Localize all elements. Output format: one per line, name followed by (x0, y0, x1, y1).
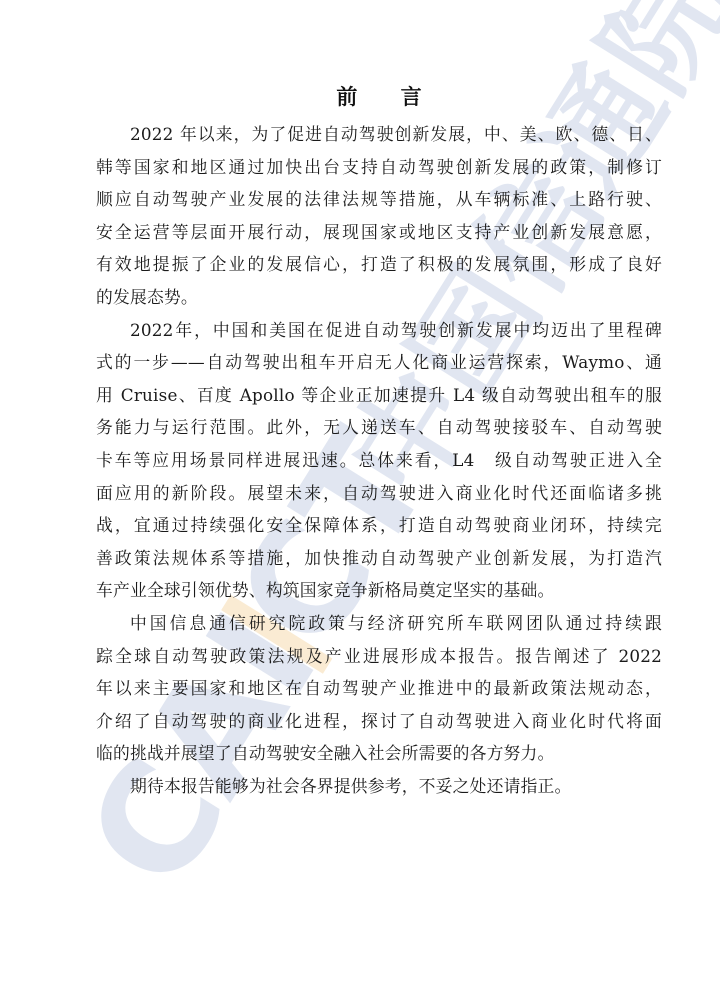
text-line: 期待本报告能够为社会各界提供参考，不妥之处还请指正。 (96, 770, 662, 803)
page-title: 前 言 (114, 80, 662, 114)
text-line: 面应用的新阶段。展望未来，自动驾驶进入商业化时代还面临诸多挑 (96, 477, 662, 510)
text-line: 中国信息通信研究院政策与经济研究所车联网团队通过持续跟 (96, 607, 662, 640)
document-page: CAICT 中国信通院 前 言 2022 年以来，为了促进自动驾驶创新发展，中、… (0, 0, 720, 991)
text-line: 临的挑战并展望了自动驾驶安全融入社会所需要的各方努力。 (96, 737, 662, 770)
text-line: 踪全球自动驾驶政策法规及产业进展形成本报告。报告阐述了 2022 (96, 640, 662, 673)
text-line: 顺应自动驾驶产业发展的法律法规等措施，从车辆标准、上路行驶、 (96, 183, 662, 216)
paragraph-3: 中国信息通信研究院政策与经济研究所车联网团队通过持续跟 踪全球自动驾驶政策法规及… (96, 607, 662, 770)
text-line: 的发展态势。 (96, 281, 662, 314)
paragraph-4: 期待本报告能够为社会各界提供参考，不妥之处还请指正。 (96, 770, 662, 803)
text-line: 务能力与运行范围。此外，无人递送车、自动驾驶接驳车、自动驾驶 (96, 411, 662, 444)
text-line: 车产业全球引领优势、构筑国家竞争新格局奠定坚实的基础。 (96, 574, 662, 607)
text-line: 善政策法规体系等措施，加快推动自动驾驶产业创新发展，为打造汽 (96, 542, 662, 575)
text-line: 2022 年以来，为了促进自动驾驶创新发展，中、美、欧、德、日、 (96, 118, 662, 151)
text-line: 卡车等应用场景同样进展迅速。总体来看，L4 级自动驾驶正进入全 (96, 444, 662, 477)
text-line: 用 Cruise、百度 Apollo 等企业正加速提升 L4 级自动驾驶出租车的… (96, 379, 662, 412)
text-line: 2022年，中国和美国在促进自动驾驶创新发展中均迈出了里程碑 (96, 314, 662, 347)
paragraph-2: 2022年，中国和美国在促进自动驾驶创新发展中均迈出了里程碑 式的一步——自动驾… (96, 314, 662, 607)
text-line: 战，宜通过持续强化安全保障体系，打造自动驾驶商业闭环，持续完 (96, 509, 662, 542)
text-line: 介绍了自动驾驶的商业化进程，探讨了自动驾驶进入商业化时代将面 (96, 705, 662, 738)
text-line: 韩等国家和地区通过加快出台支持自动驾驶创新发展的政策，制修订 (96, 151, 662, 184)
paragraph-1: 2022 年以来，为了促进自动驾驶创新发展，中、美、欧、德、日、 韩等国家和地区… (96, 118, 662, 314)
text-line: 式的一步——自动驾驶出租车开启无人化商业运营探索，Waymo、通 (96, 346, 662, 379)
document-body: 前 言 2022 年以来，为了促进自动驾驶创新发展，中、美、欧、德、日、 韩等国… (96, 80, 662, 802)
text-line: 有效地提振了企业的发展信心，打造了积极的发展氛围，形成了良好 (96, 248, 662, 281)
text-line: 年以来主要国家和地区在自动驾驶产业推进中的最新政策法规动态， (96, 672, 662, 705)
text-line: 安全运营等层面开展行动，展现国家或地区支持产业创新发展意愿， (96, 216, 662, 249)
